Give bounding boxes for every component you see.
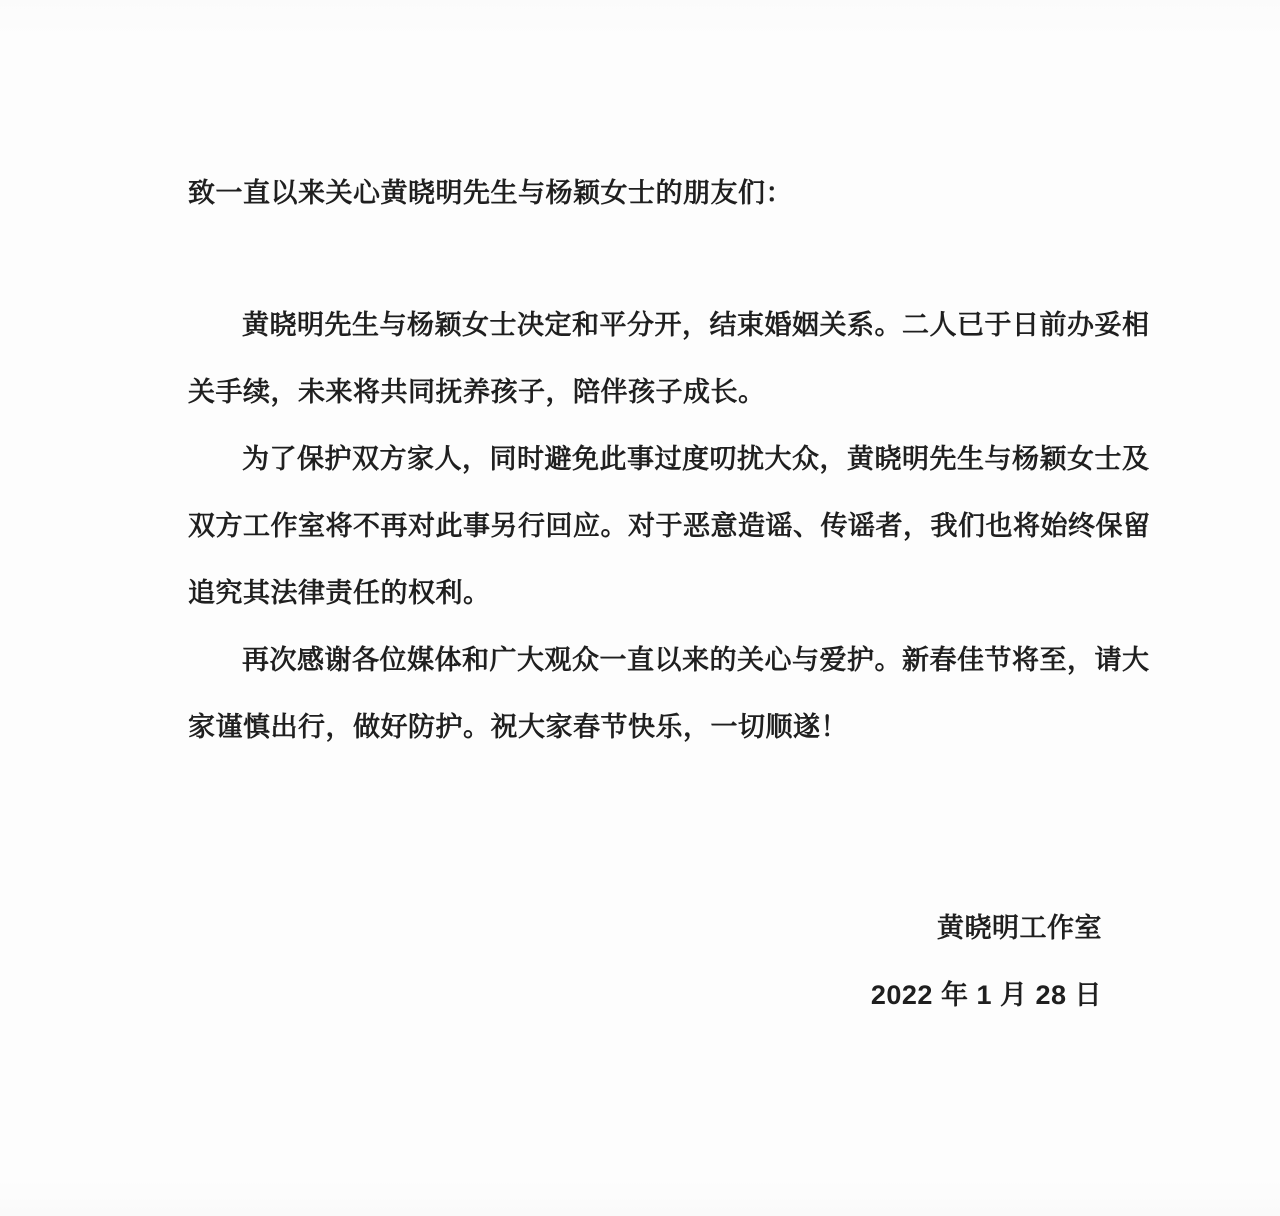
paragraph-privacy-legal: 为了保护双方家人，同时避免此事过度叨扰大众，黄晓明先生与杨颖女士及 双方工作室将… — [188, 426, 1114, 627]
paragraph-announcement: 黄晓明先生与杨颖女士决定和平分开，结束婚姻关系。二人已于日前办妥相 关手续，未来… — [188, 292, 1114, 426]
paragraph-announcement-line-2: 关手续，未来将共同抚养孩子，陪伴孩子成长。 — [188, 359, 1114, 426]
paragraph-thanks-wishes: 再次感谢各位媒体和广大观众一直以来的关心与爱护。新春佳节将至，请大 家谨慎出行，… — [188, 627, 1114, 761]
statement-page: 致一直以来关心黄晓明先生与杨颖女士的朋友们： 黄晓明先生与杨颖女士决定和平分开，… — [0, 0, 1280, 1216]
paragraph-announcement-line-1: 黄晓明先生与杨颖女士决定和平分开，结束婚姻关系。二人已于日前办妥相 — [188, 292, 1114, 359]
signature-block: 黄晓明工作室 2022 年 1 月 28 日 — [188, 895, 1114, 1029]
paragraph-privacy-legal-line-1: 为了保护双方家人，同时避免此事过度叨扰大众，黄晓明先生与杨颖女士及 — [188, 426, 1114, 493]
signature: 黄晓明工作室 — [188, 895, 1102, 962]
statement-document: 致一直以来关心黄晓明先生与杨颖女士的朋友们： 黄晓明先生与杨颖女士决定和平分开，… — [188, 160, 1114, 1029]
paragraph-thanks-wishes-line-2: 家谨慎出行，做好防护。祝大家春节快乐，一切顺遂！ — [188, 694, 1114, 761]
salutation-line: 致一直以来关心黄晓明先生与杨颖女士的朋友们： — [188, 160, 1114, 227]
paragraph-thanks-wishes-line-1: 再次感谢各位媒体和广大观众一直以来的关心与爱护。新春佳节将至，请大 — [188, 627, 1114, 694]
date-line: 2022 年 1 月 28 日 — [188, 962, 1102, 1029]
paragraph-privacy-legal-line-3: 追究其法律责任的权利。 — [188, 560, 1114, 627]
paragraph-privacy-legal-line-2: 双方工作室将不再对此事另行回应。对于恶意造谣、传谣者，我们也将始终保留 — [188, 493, 1114, 560]
